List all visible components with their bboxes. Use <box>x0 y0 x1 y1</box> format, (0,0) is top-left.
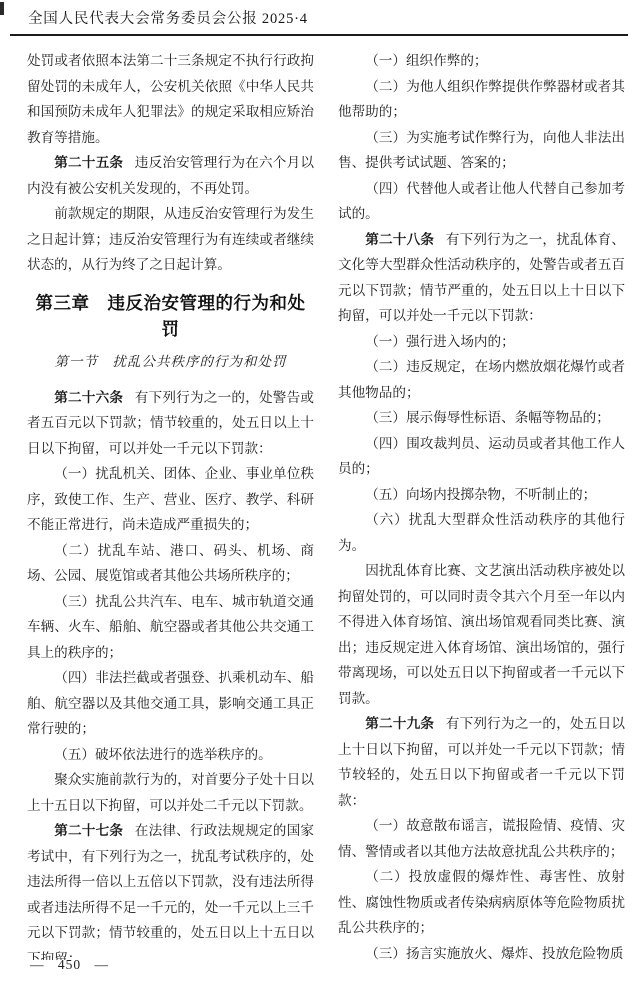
paragraph: （一）组织作弊的； <box>338 48 625 74</box>
paragraph: 前款规定的期限，从违反治安管理行为发生之日起计算；违反治安管理行为有连续或者继续… <box>27 201 314 278</box>
page-footer: — 450 — <box>30 957 109 973</box>
page-number: — 450 — <box>30 957 109 972</box>
paragraph: （三）扬言实施放火、爆炸、投放危险物质 <box>338 941 625 961</box>
paragraph: （一）故意散布谣言，谎报险情、疫情、灾情、警情或者以其他方法故意扰乱公共秩序的； <box>338 813 625 864</box>
article-paragraph: 第二十八条有下列行为之一，扰乱体育、文化等大型群众性活动秩序的，处警告或者五百元… <box>338 227 625 329</box>
article-paragraph: 第二十六条有下列行为之一的，处警告或者五百元以下罚款；情节较重的，处五日以上十日… <box>27 385 314 462</box>
page-header: 全国人民代表大会常务委员会公报 2025·4 <box>0 0 640 36</box>
paragraph: （六）扰乱大型群众性活动秩序的其他行为。 <box>338 507 625 558</box>
paragraph: （五）破坏依法进行的选举秩序的。 <box>27 742 314 768</box>
paragraph: （四）围攻裁判员、运动员或者其他工作人员的； <box>338 431 625 482</box>
article-number: 第二十八条 <box>365 232 434 247</box>
paragraph: 处罚或者依照本法第二十三条规定不执行行政拘留处罚的未成年人，公安机关依照《中华人… <box>27 48 314 150</box>
right-column: （一）组织作弊的；（二）为他人组织作弊提供作弊器材或者其他帮助的；（三）为实施考… <box>338 48 625 960</box>
paragraph: （二）违反规定，在场内燃放烟花爆竹或者其他物品的； <box>338 354 625 405</box>
scan-edge-artifact <box>0 2 4 15</box>
paragraph: （二）扰乱车站、港口、码头、机场、商场、公园、展览馆或者其他公共场所秩序的； <box>27 538 314 589</box>
article-paragraph: 第二十九条有下列行为之一的，处五日以上十日以下拘留，可以并处一千元以下罚款；情节… <box>338 711 625 813</box>
paragraph: （一）强行进入场内的； <box>338 329 625 355</box>
paragraph: （四）非法拦截或者强登、扒乘机动车、船舶、航空器以及其他交通工具，影响交通工具正… <box>27 665 314 742</box>
paragraph: 因扰乱体育比赛、文艺演出活动秩序被处以拘留处罚的，可以同时责令其六个月至一年以内… <box>338 558 625 711</box>
left-column: 处罚或者依照本法第二十三条规定不执行行政拘留处罚的未成年人，公安机关依照《中华人… <box>27 48 314 960</box>
chapter-heading: 第三章 违反治安管理的行为和处罚 <box>27 290 314 342</box>
paragraph: （二）投放虚假的爆炸性、毒害性、放射性、腐蚀性物质或者传染病病原体等危险物质扰乱… <box>338 864 625 941</box>
paragraph: （三）展示侮辱性标语、条幅等物品的； <box>338 405 625 431</box>
bulletin-page: { "header": { "title": "全国人民代表大会常务委员会公报 … <box>0 0 640 986</box>
article-number: 第二十九条 <box>365 716 434 731</box>
header-title: 全国人民代表大会常务委员会公报 2025·4 <box>28 9 640 29</box>
article-number: 第二十七条 <box>54 823 123 838</box>
paragraph: 聚众实施前款行为的，对首要分子处十日以上十五日以下拘留，可以并处二千元以下罚款。 <box>27 767 314 818</box>
article-text: 在法律、行政法规规定的国家考试中，有下列行为之一，扰乱考试秩序的，处违法所得一倍… <box>27 823 314 960</box>
paragraph: （三）扰乱公共汽车、电车、城市轨道交通车辆、火车、船舶、航空器或者其他公共交通工… <box>27 589 314 666</box>
two-column-text-body: 处罚或者依照本法第二十三条规定不执行行政拘留处罚的未成年人，公安机关依照《中华人… <box>0 36 640 960</box>
paragraph: （三）为实施考试作弊行为，向他人非法出售、提供考试试题、答案的； <box>338 125 625 176</box>
section-heading: 第一节 扰乱公共秩序的行为和处罚 <box>27 352 314 372</box>
paragraph: （五）向场内投掷杂物，不听制止的； <box>338 482 625 508</box>
article-paragraph: 第二十七条在法律、行政法规规定的国家考试中，有下列行为之一，扰乱考试秩序的，处违… <box>27 818 314 960</box>
article-number: 第二十六条 <box>54 390 123 405</box>
paragraph: （二）为他人组织作弊提供作弊器材或者其他帮助的； <box>338 74 625 125</box>
article-number: 第二十五条 <box>54 155 123 170</box>
paragraph: （一）扰乱机关、团体、企业、事业单位秩序，致使工作、生产、营业、医疗、教学、科研… <box>27 461 314 538</box>
article-paragraph: 第二十五条违反治安管理行为在六个月以内没有被公安机关发现的，不再处罚。 <box>27 150 314 201</box>
paragraph: （四）代替他人或者让他人代替自己参加考试的。 <box>338 176 625 227</box>
